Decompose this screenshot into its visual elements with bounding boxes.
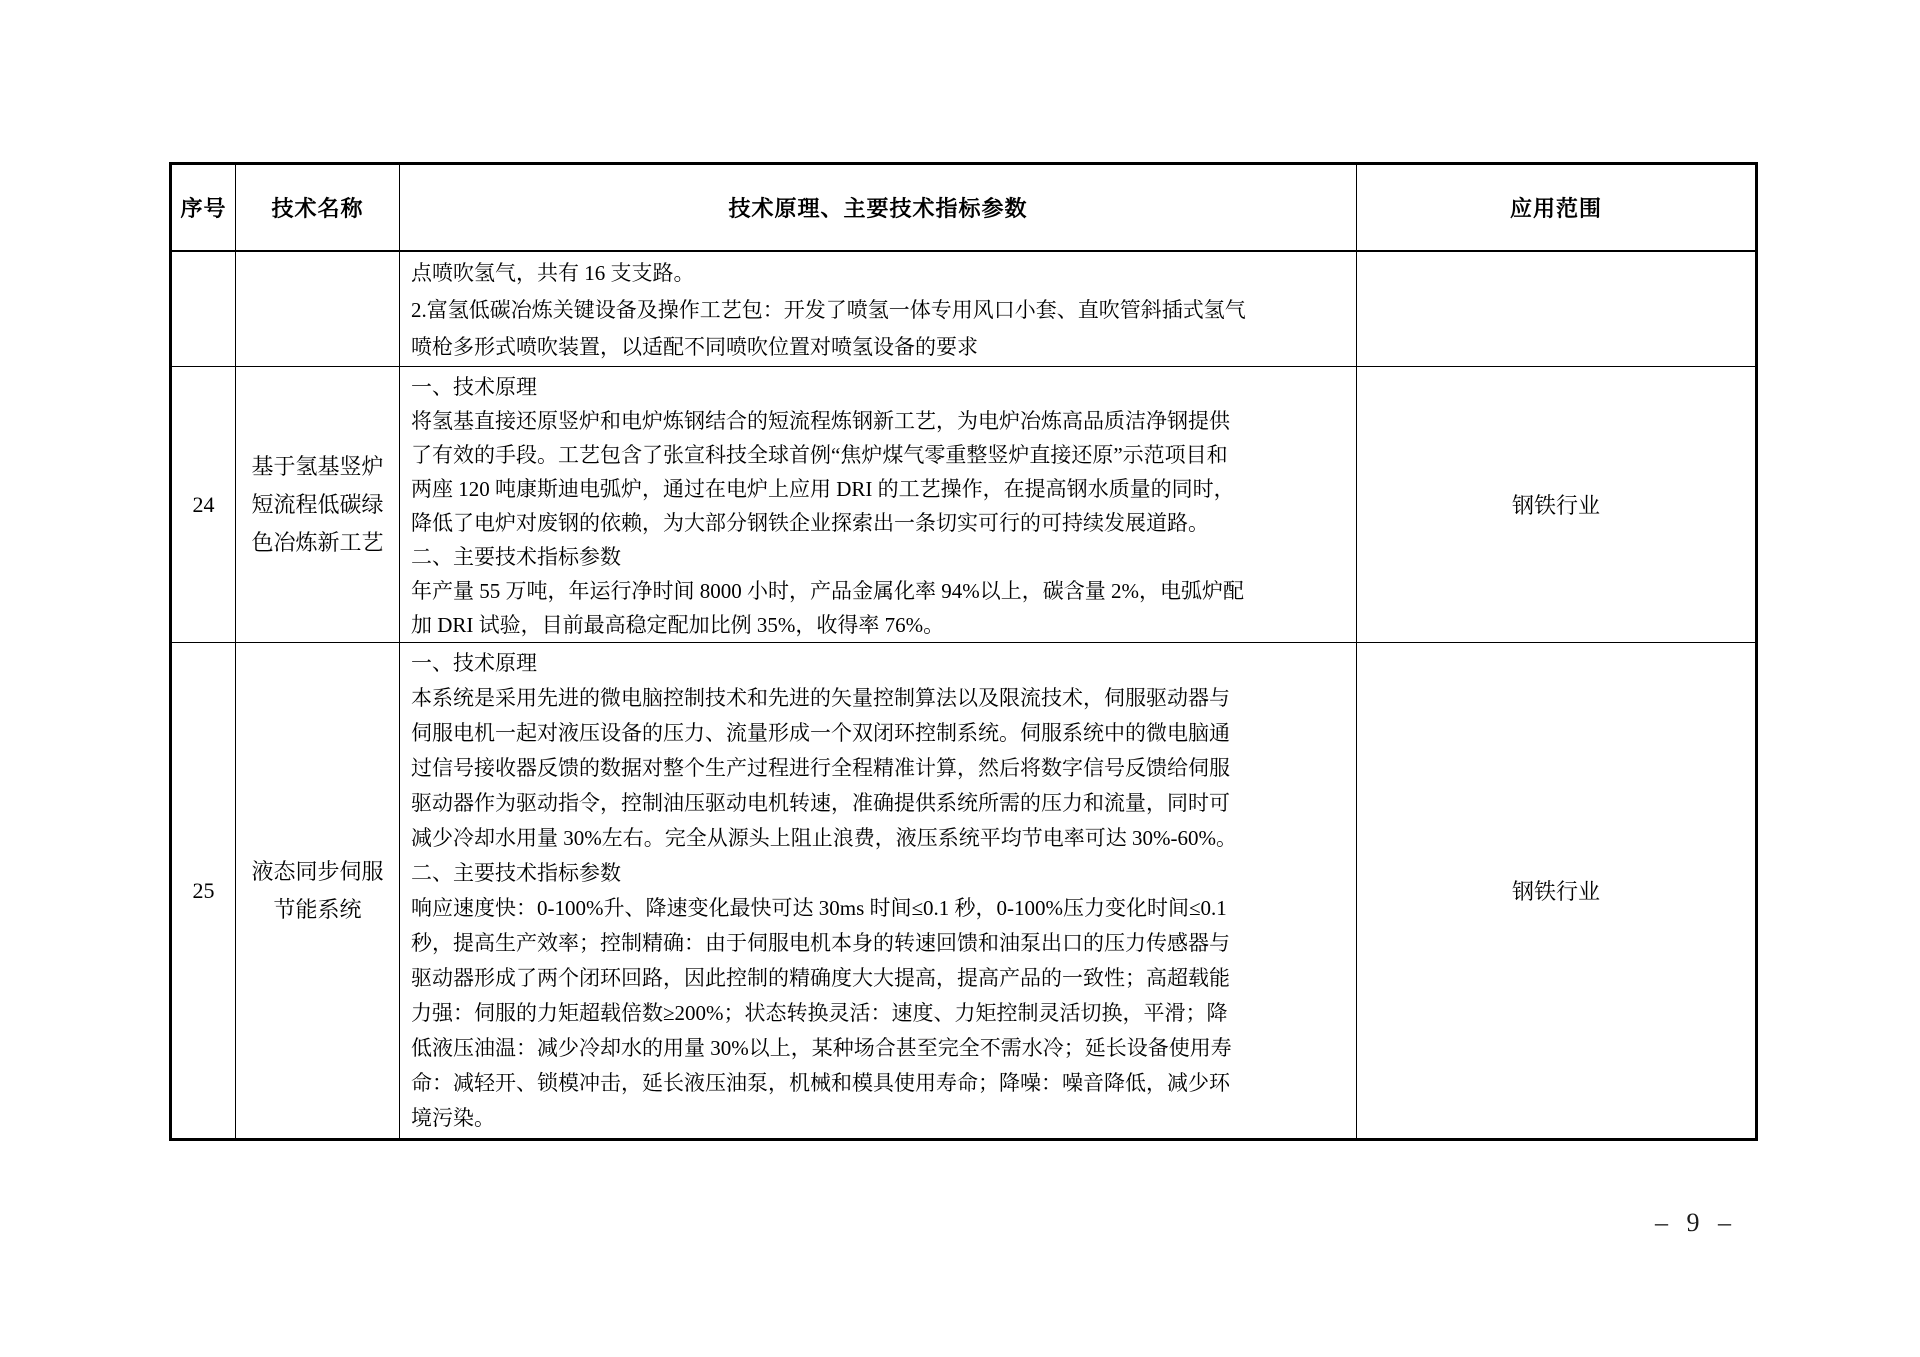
- table-row-24: 24 基于氢基竖炉短流程低碳绿色冶炼新工艺 一、技术原理将氢基直接还原竖炉和电炉…: [171, 367, 1757, 643]
- text-line: 两座 120 吨康斯迪电弧炉，通过在电炉上应用 DRI 的工艺操作，在提高钢水质…: [411, 472, 1348, 506]
- table-header-row: 序号 技术名称 技术原理、主要技术指标参数 应用范围: [171, 164, 1757, 252]
- scope-cell: 钢铁行业: [1357, 367, 1757, 643]
- text-line: 喷枪多形式喷吹装置，以适配不同喷吹位置对喷氢设备的要求: [411, 329, 1348, 366]
- row-index-cell: 25: [171, 643, 236, 1140]
- text-line: 二、主要技术指标参数: [411, 540, 1348, 574]
- text-line: 将氢基直接还原竖炉和电炉炼钢结合的短流程炼钢新工艺，为电炉冶炼高品质洁净钢提供: [411, 404, 1348, 438]
- scope-cell: 钢铁行业: [1357, 643, 1757, 1140]
- row-index-cell: [171, 251, 236, 367]
- text-line: 本系统是采用先进的微电脑控制技术和先进的矢量控制算法以及限流技术，伺服驱动器与: [411, 681, 1348, 716]
- text-line: 伺服电机一起对液压设备的压力、流量形成一个双闭环控制系统。伺服系统中的微电脑通: [411, 716, 1348, 751]
- text-line: 年产量 55 万吨，年运行净时间 8000 小时，产品金属化率 94%以上，碳含…: [411, 574, 1348, 608]
- principle-cell: 一、技术原理将氢基直接还原竖炉和电炉炼钢结合的短流程炼钢新工艺，为电炉冶炼高品质…: [400, 367, 1357, 643]
- text-line: 加 DRI 试验，目前最高稳定配加比例 35%，收得率 76%。: [411, 608, 1348, 642]
- col-header-tech-name: 技术名称: [236, 164, 400, 252]
- text-line: 秒，提高生产效率；控制精确：由于伺服电机本身的转速回馈和油泵出口的压力传感器与: [411, 926, 1348, 961]
- text-line: 色冶炼新工艺: [236, 524, 399, 562]
- principle-cell: 点喷吹氢气，共有 16 支支路。2.富氢低碳冶炼关键设备及操作工艺包：开发了喷氢…: [400, 251, 1357, 367]
- col-header-index: 序号: [171, 164, 236, 252]
- text-line: 节能系统: [236, 891, 399, 929]
- page-number: – 9 –: [1655, 1208, 1732, 1238]
- table-row-25: 25 液态同步伺服节能系统 一、技术原理本系统是采用先进的微电脑控制技术和先进的…: [171, 643, 1757, 1140]
- text-line: 基于氢基竖炉: [236, 448, 399, 486]
- text-line: 二、主要技术指标参数: [411, 856, 1348, 891]
- text-line: 2.富氢低碳冶炼关键设备及操作工艺包：开发了喷氢一体专用风口小套、直吹管斜插式氢…: [411, 292, 1348, 329]
- principle-cell: 一、技术原理本系统是采用先进的微电脑控制技术和先进的矢量控制算法以及限流技术，伺…: [400, 643, 1357, 1140]
- text-line: 一、技术原理: [411, 370, 1348, 404]
- text-line: 点喷吹氢气，共有 16 支支路。: [411, 255, 1348, 292]
- col-header-scope: 应用范围: [1357, 164, 1757, 252]
- text-line: 一、技术原理: [411, 646, 1348, 681]
- tech-name-cell: 液态同步伺服节能系统: [236, 643, 400, 1140]
- text-line: 驱动器作为驱动指令，控制油压驱动电机转速，准确提供系统所需的压力和流量，同时可: [411, 786, 1348, 821]
- tech-name-cell: [236, 251, 400, 367]
- table-row-continuation: 点喷吹氢气，共有 16 支支路。2.富氢低碳冶炼关键设备及操作工艺包：开发了喷氢…: [171, 251, 1757, 367]
- col-header-principle: 技术原理、主要技术指标参数: [400, 164, 1357, 252]
- text-line: 短流程低碳绿: [236, 486, 399, 524]
- text-line: 液态同步伺服: [236, 853, 399, 891]
- text-line: 命：减轻开、锁模冲击，延长液压油泵，机械和模具使用寿命；降噪：噪音降低，减少环: [411, 1066, 1348, 1101]
- text-line: 降低了电炉对废钢的依赖，为大部分钢铁企业探索出一条切实可行的可持续发展道路。: [411, 506, 1348, 540]
- text-line: 驱动器形成了两个闭环回路，因此控制的精确度大大提高，提高产品的一致性；高超载能: [411, 961, 1348, 996]
- text-line: 响应速度快：0-100%升、降速变化最快可达 30ms 时间≤0.1 秒，0-1…: [411, 891, 1348, 926]
- text-line: 减少冷却水用量 30%左右。完全从源头上阻止浪费，液压系统平均节电率可达 30%…: [411, 821, 1348, 856]
- text-line: 了有效的手段。工艺包含了张宣科技全球首例“焦炉煤气零重整竖炉直接还原”示范项目和: [411, 438, 1348, 472]
- text-line: 境污染。: [411, 1101, 1348, 1136]
- document-page: 序号 技术名称 技术原理、主要技术指标参数 应用范围 点喷吹氢气，共有 16 支…: [0, 0, 1920, 1357]
- text-line: 低液压油温：减少冷却水的用量 30%以上，某种场合甚至完全不需水冷；延长设备使用…: [411, 1031, 1348, 1066]
- text-line: 力强：伺服的力矩超载倍数≥200%；状态转换灵活：速度、力矩控制灵活切换，平滑；…: [411, 996, 1348, 1031]
- tech-name-cell: 基于氢基竖炉短流程低碳绿色冶炼新工艺: [236, 367, 400, 643]
- technology-table: 序号 技术名称 技术原理、主要技术指标参数 应用范围 点喷吹氢气，共有 16 支…: [169, 162, 1758, 1141]
- text-line: 过信号接收器反馈的数据对整个生产过程进行全程精准计算，然后将数字信号反馈给伺服: [411, 751, 1348, 786]
- row-index-cell: 24: [171, 367, 236, 643]
- scope-cell: [1357, 251, 1757, 367]
